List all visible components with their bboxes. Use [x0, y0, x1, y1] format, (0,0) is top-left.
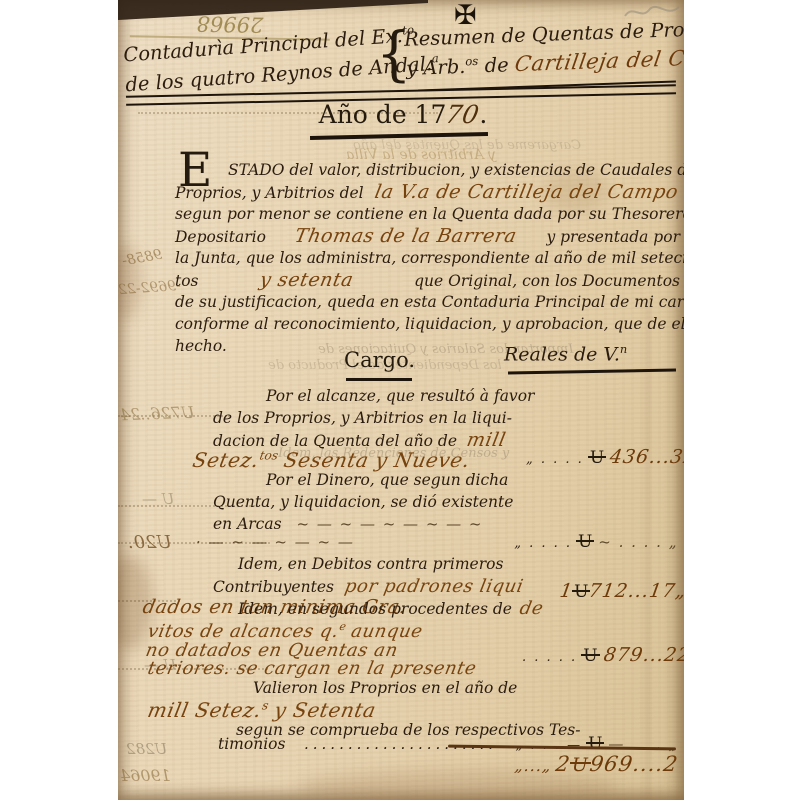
- year-printed: Año de 17: [319, 100, 447, 129]
- intro-line7: de su justificacion, queda en esta Conta…: [175, 292, 684, 313]
- entry5-line3-printed: timonios: [218, 734, 285, 755]
- entry2-amount-row: · — ~ — ~ — ~ — „ . . . . U ~ . . . . „: [196, 532, 678, 554]
- bleedthrough-text: U282: [126, 740, 167, 758]
- hw-text: aunque: [343, 621, 425, 642]
- header-right-line1: Resumen de Quentas de Prop.s: [404, 17, 684, 51]
- mill-setecientos: mill Setez.: [146, 698, 264, 722]
- document-photo: U726..24 U20. 9858- -9692-22 Importan lo…: [118, 0, 684, 800]
- town-name-handwritten: Cartilleja del Campo: [513, 44, 684, 76]
- bleedthrough-text: U20.: [128, 532, 172, 553]
- de-word: de: [478, 53, 515, 77]
- total-value: 969....2: [588, 752, 680, 776]
- intro-line4-printed-a: Depositario: [175, 227, 266, 248]
- intro-line5: la Junta, que los administra, correspond…: [175, 248, 684, 269]
- intro-line8: conforme al reconocimiento, liquidacion,…: [175, 314, 684, 335]
- intro-line1: STADO del valor, distribucion, y existen…: [228, 160, 684, 181]
- cargo-underline: [346, 378, 412, 381]
- entry2-line2: Quenta, y liquidacion, se dió existente: [213, 492, 513, 513]
- leader-dots: „ . . . .: [514, 536, 572, 551]
- leader-dots: „ . . . .: [526, 452, 584, 467]
- amount-value: 879...22: [602, 644, 684, 666]
- entry2-line3-printed: en Arcas: [213, 515, 282, 533]
- intro-line3: segun por menor se contiene en la Quenta…: [175, 204, 684, 225]
- amount-value: 436...32: [609, 446, 684, 468]
- cuento-symbol: U: [577, 532, 593, 553]
- entry1-line2: de los Proprios, y Arbitrios en la liqui…: [213, 408, 512, 429]
- bleedthrough-text: -9692-22: [118, 278, 181, 298]
- entry3-line2-printed: Contribuyentes: [213, 578, 334, 596]
- sesenta-y-nueve: Sesenta y Nueve.: [275, 448, 472, 472]
- entry5-line1: Valieron los Proprios en el año de: [253, 678, 517, 699]
- cuento-symbol: U: [589, 448, 605, 468]
- entry4-hw-line3: teriores. se cargan en la presente: [146, 658, 478, 679]
- intro-line2-handwritten: la V.a de Cartilleja del Campo: [373, 182, 680, 203]
- depositario-name-handwritten: Thomas de la Barrera: [293, 226, 519, 247]
- entry1-amount: „ . . . . U 436...32: [526, 446, 684, 468]
- entry1-line1: Por el alcanze, que resultó à favor: [266, 386, 534, 407]
- bleedthrough-text: U726..24: [120, 403, 195, 425]
- entry1-year-handwritten: Setez.tos Sesenta y Nueve.: [191, 448, 473, 472]
- intro-line6: tos y setenta que Original, con los Docu…: [175, 270, 680, 292]
- cuento-symbol-handwritten: U: [571, 754, 590, 776]
- intro-line4: Depositario Thomas de la Barrera y prese…: [175, 226, 680, 248]
- cargo-header: Cargo.: [344, 348, 415, 372]
- header-right-line2: y Arb.os de Cartilleja del Campo: [406, 44, 684, 80]
- intro-line2: Proprios, y Arbitrios del la V.a de Cart…: [175, 182, 678, 204]
- entry3-line1: Idem, en Debitos contra primeros: [238, 554, 503, 575]
- entry3-line2: Contribuyentes por padrones liqui: [213, 576, 523, 598]
- bleedthrough-text: U —: [142, 490, 174, 508]
- cuento-symbol: U: [582, 646, 598, 666]
- year-line: Año de 1770.: [278, 100, 528, 129]
- entry4-line1-printed: Idem, en segundos procedentes de: [238, 600, 512, 618]
- bleedthrough-text: 19064: [120, 766, 171, 785]
- arbitrios-sup: os: [465, 54, 479, 68]
- arbitrios-abbrev: y Arb.: [406, 55, 466, 80]
- entry4-line1: Idem, en segundos procedentes de de: [238, 598, 543, 620]
- reales-header-text: Reales de V.: [504, 343, 620, 365]
- entry4-hw-line1: vitos de alcances q.e aunque: [146, 620, 425, 642]
- entry4-line1-handwritten: de: [518, 598, 545, 619]
- total-prefix: „...„: [513, 756, 553, 775]
- entry3-amount: 1U712...17„: [560, 580, 684, 602]
- leader-dots: . . . . .: [522, 650, 577, 665]
- setecientos-abbrev: Setez.: [191, 448, 262, 472]
- hw-text: vitos de alcances q.: [146, 621, 341, 642]
- intro-line6-handwritten: y setenta: [258, 270, 355, 291]
- intro-line4-printed-b: y presentada por: [546, 227, 680, 248]
- entry3-line2-handwritten: por padrones liqui: [343, 576, 525, 597]
- entry2-amount: „ . . . . U ~ . . . . „: [514, 532, 678, 554]
- reales-header: Reales de V.n: [504, 342, 627, 365]
- filler-dashes: · — ~ — ~ — ~ —: [196, 532, 354, 553]
- filler-dashes: ~ — ~ — ~ — ~ — ~: [297, 515, 484, 533]
- reales-header-sup: n: [620, 342, 627, 356]
- year-handwritten: 70: [444, 100, 483, 129]
- entry2-line1: Por el Dinero, que segun dicha: [266, 470, 508, 491]
- header-right-line2-printed: y Arb.os de: [406, 53, 516, 80]
- zero-dash: ~ . . . . „: [598, 533, 678, 551]
- intro-line6-printed-b: que Original, con los Documentos: [414, 271, 680, 292]
- intro-line9: hecho.: [175, 336, 227, 357]
- entry5-year-handwritten: mill Setez.s y Setenta: [146, 698, 379, 722]
- entry4-amount: . . . . . U 879...22: [522, 644, 684, 666]
- reales-underline: [508, 369, 676, 374]
- header-right-line1-text: Resumen de Quentas de Prop.: [404, 17, 684, 50]
- page: { "photo": { "corner_scrawl": "29968", "…: [0, 0, 800, 800]
- total-amount: „...„ 2U969....2: [436, 752, 678, 776]
- intro-line2-printed: Proprios, y Arbitrios del: [175, 184, 364, 202]
- intro-line6-printed-a: tos: [175, 271, 199, 292]
- amount-value: 712...17„: [588, 580, 684, 602]
- y-setenta: y Setenta: [265, 698, 378, 722]
